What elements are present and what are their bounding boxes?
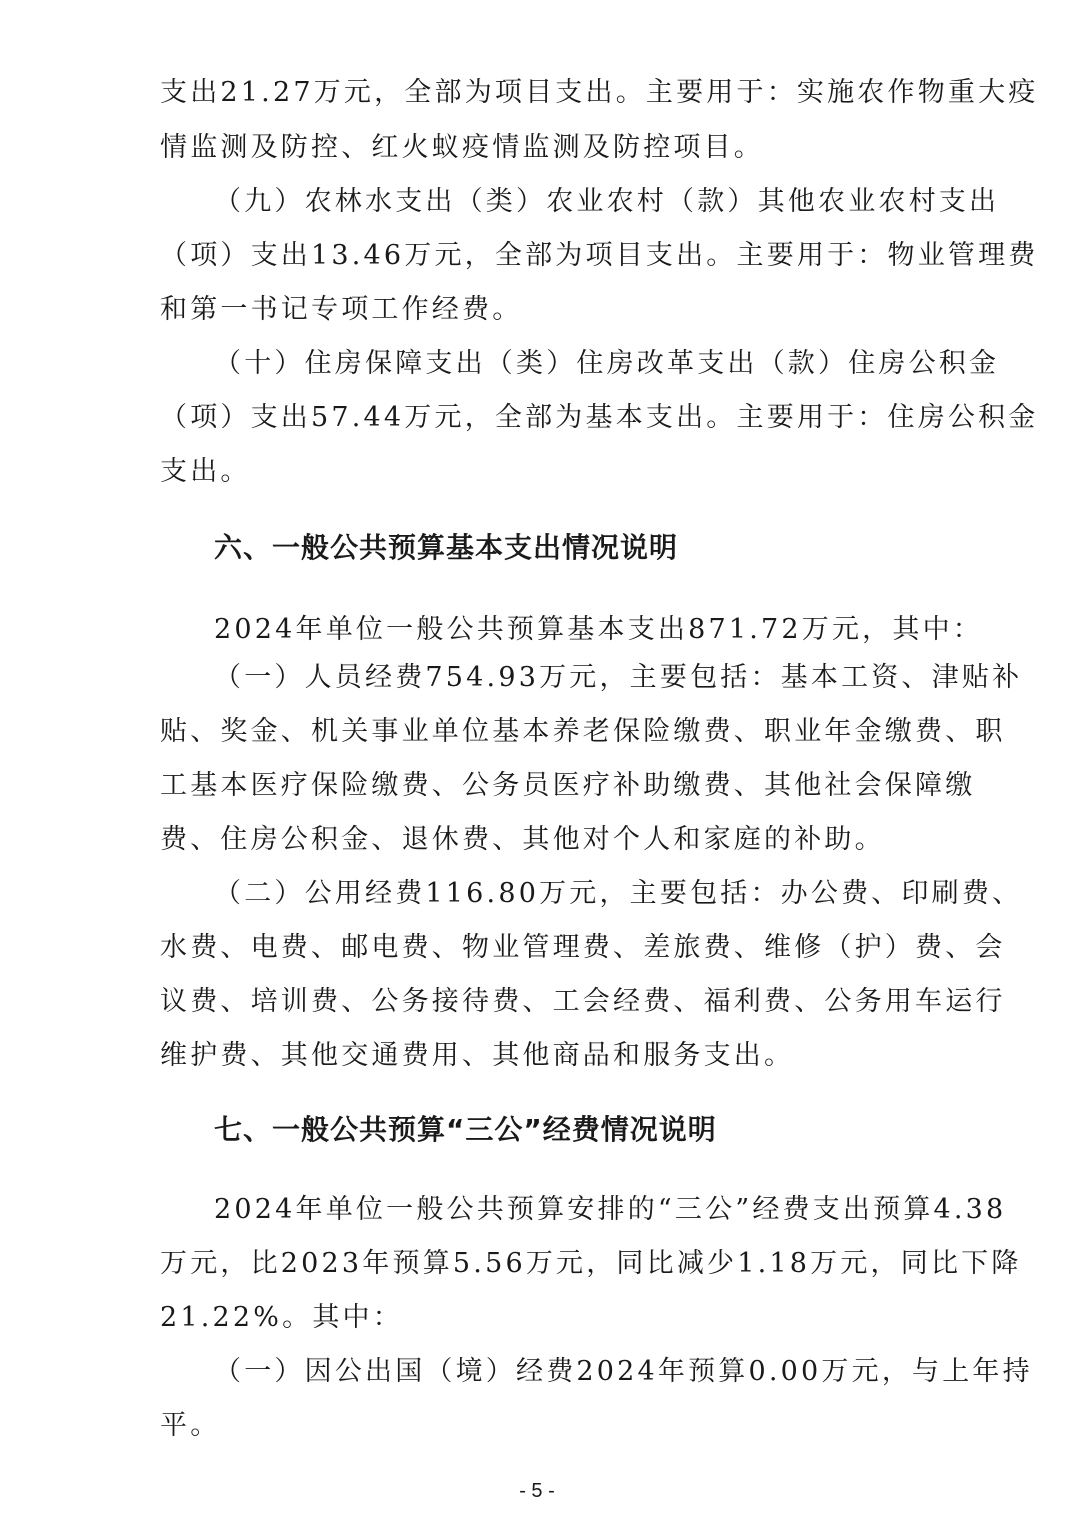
paragraph-line: （二）公用经费116.80万元，主要包括：办公费、印刷费、 — [214, 876, 984, 912]
paragraph-line: 工基本医疗保险缴费、公务员医疗补助缴费、其他社会保障缴 — [160, 768, 930, 804]
paragraph-line: （九）农林水支出（类）农业农村（款）其他农业农村支出 — [214, 184, 984, 220]
paragraph-line: 议费、培训费、公务接待费、工会经费、福利费、公务用车运行 — [160, 984, 930, 1020]
paragraph-line: 和第一书记专项工作经费。 — [160, 292, 930, 328]
paragraph-line: （项）支出57.44万元，全部为基本支出。主要用于：住房公积金 — [160, 400, 930, 436]
paragraph-line: （一）因公出国（境）经费2024年预算0.00万元，与上年持 — [214, 1354, 984, 1390]
paragraph-line: 贴、奖金、机关事业单位基本养老保险缴费、职业年金缴费、职 — [160, 714, 930, 750]
paragraph-line: 支出21.27万元，全部为项目支出。主要用于：实施农作物重大疫 — [160, 75, 930, 111]
paragraph-line: 平。 — [160, 1408, 930, 1444]
paragraph-line: 2024年单位一般公共预算安排的“三公”经费支出预算4.38 — [214, 1192, 984, 1228]
paragraph-line: （项）支出13.46万元，全部为项目支出。主要用于：物业管理费 — [160, 238, 930, 274]
paragraph-line: 费、住房公积金、退休费、其他对个人和家庭的补助。 — [160, 822, 930, 858]
section-heading: 七、一般公共预算“三公”经费情况说明 — [214, 1112, 717, 1148]
paragraph-line: （一）人员经费754.93万元，主要包括：基本工资、津贴补 — [214, 660, 984, 696]
paragraph-line: 21.22%。其中： — [160, 1300, 930, 1336]
paragraph-line: 水费、电费、邮电费、物业管理费、差旅费、维修（护）费、会 — [160, 930, 930, 966]
paragraph-line: 万元，比2023年预算5.56万元，同比减少1.18万元，同比下降 — [160, 1246, 930, 1282]
paragraph-line: 情监测及防控、红火蚁疫情监测及防控项目。 — [160, 130, 930, 166]
section-heading: 六、一般公共预算基本支出情况说明 — [214, 530, 678, 566]
paragraph-line: （十）住房保障支出（类）住房改革支出（款）住房公积金 — [214, 346, 984, 382]
paragraph-line: 维护费、其他交通费用、其他商品和服务支出。 — [160, 1038, 930, 1074]
paragraph-line: 支出。 — [160, 454, 930, 490]
page-number: - 5 - — [0, 1480, 1074, 1503]
paragraph-line: 2024年单位一般公共预算基本支出871.72万元，其中： — [214, 612, 984, 648]
